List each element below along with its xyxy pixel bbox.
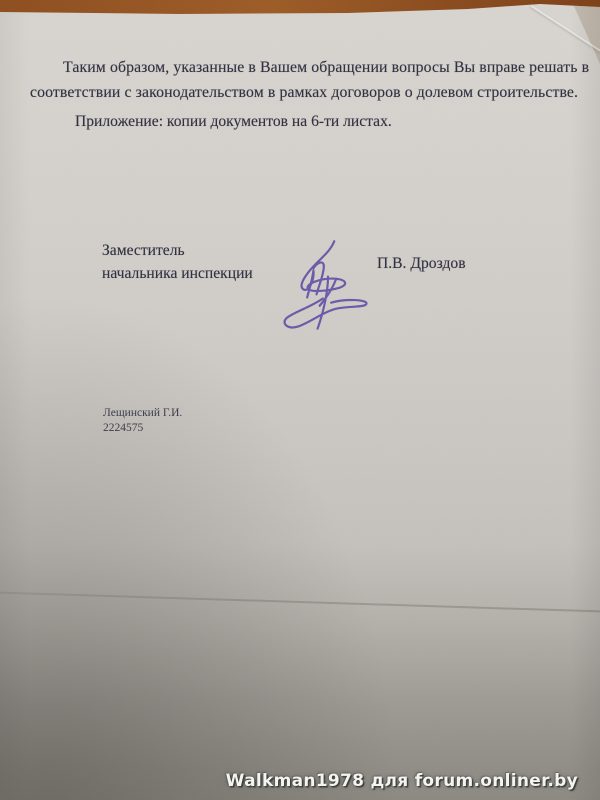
signatory-name: П.В. Дроздов bbox=[377, 255, 466, 273]
watermark-text: Walkman1978 для forum.onliner.by bbox=[226, 771, 578, 791]
attachment-line: Приложение: копии документов на 6-ти лис… bbox=[75, 113, 392, 131]
signatory-position-line-1: Заместитель bbox=[102, 240, 253, 263]
signature-stroke bbox=[285, 241, 367, 328]
executor-name: Лещинский Г.И. bbox=[103, 406, 182, 421]
paper-sheet: Таким образом, указанные в Вашем обращен… bbox=[0, 0, 600, 800]
horizontal-fold-crease bbox=[0, 591, 600, 612]
signatory-position: Заместитель начальника инспекции bbox=[102, 240, 253, 285]
executor-block: Лещинский Г.И. 2224575 bbox=[103, 406, 182, 435]
body-paragraph-line-2: соответствии с законодательством в рамка… bbox=[30, 80, 576, 105]
handwritten-signature bbox=[276, 234, 380, 338]
photo-of-document: Таким образом, указанные в Вашем обращен… bbox=[0, 0, 600, 800]
signatory-position-line-2: начальника инспекции bbox=[102, 263, 253, 286]
body-paragraph: Таким образом, указанные в Вашем обращен… bbox=[30, 55, 576, 105]
body-paragraph-line-1: Таким образом, указанные в Вашем обращен… bbox=[30, 55, 576, 80]
executor-phone: 2224575 bbox=[103, 421, 182, 436]
